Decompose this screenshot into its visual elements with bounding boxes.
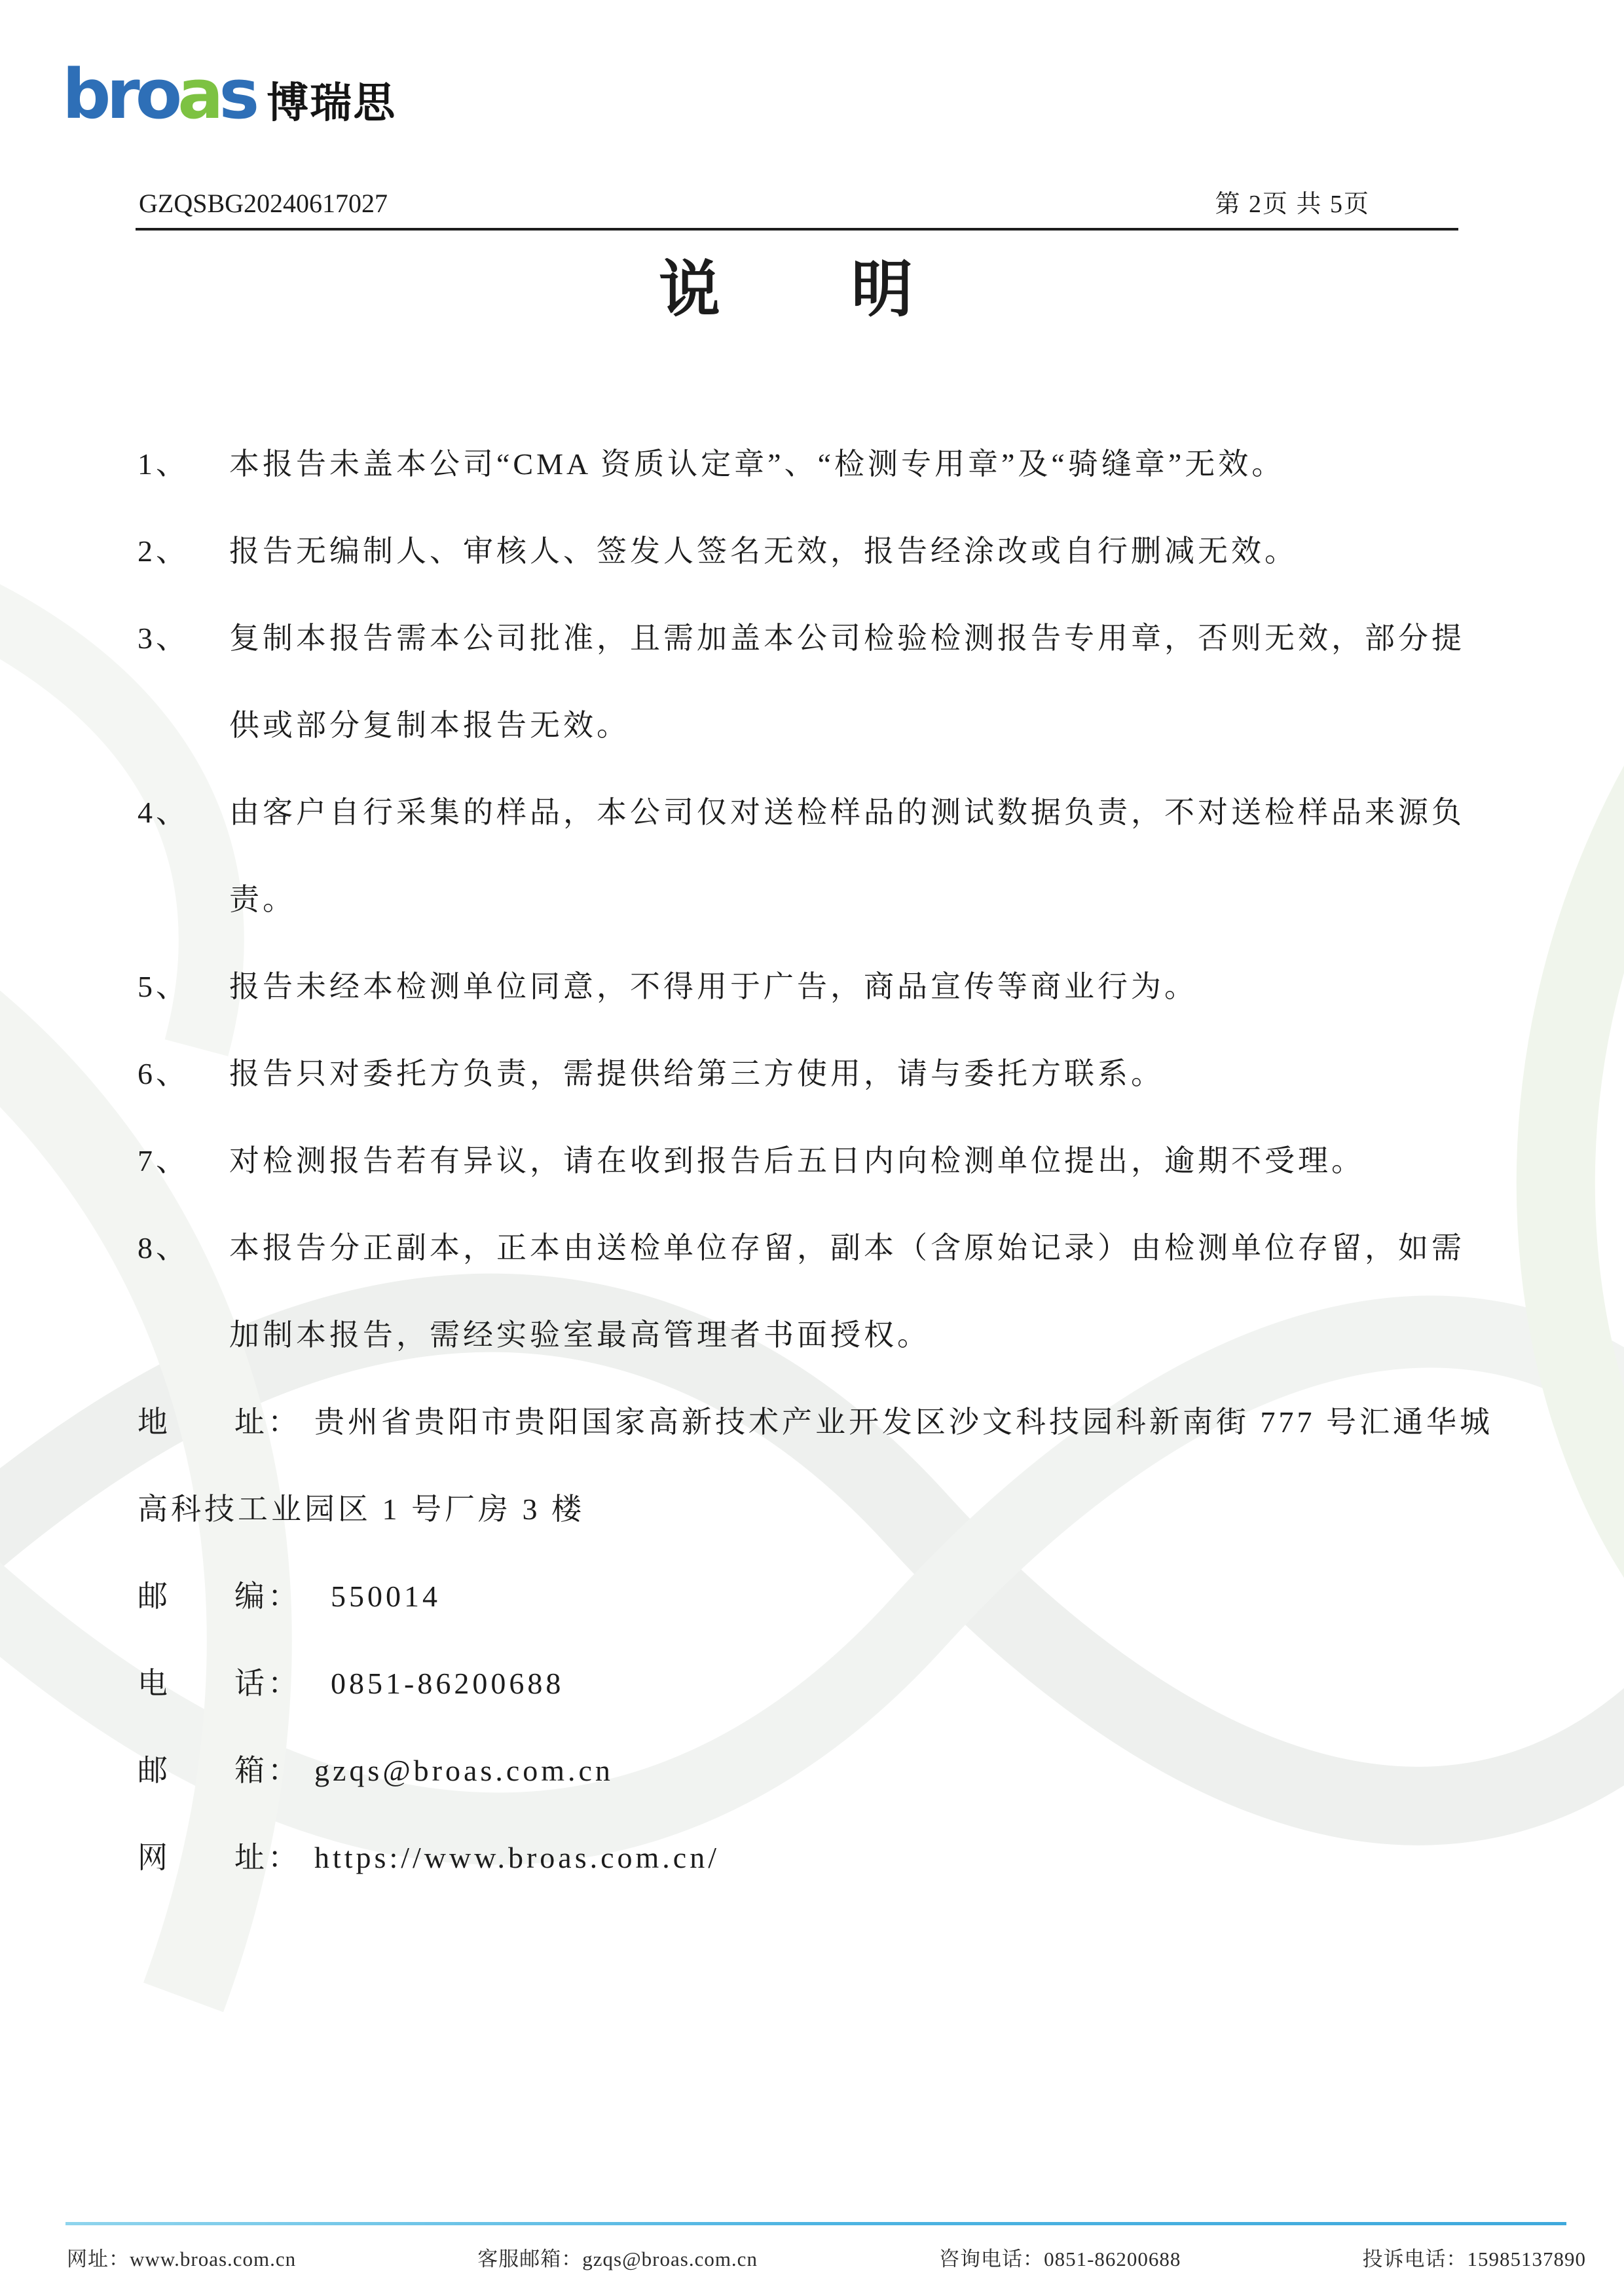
note-number-spacer	[138, 1291, 229, 1379]
note-number: 5、	[138, 943, 229, 1030]
contact-postal-row: 邮 编： 550014	[138, 1553, 1488, 1640]
footer-inquiry-phone-value: 0851-86200688	[1044, 2248, 1181, 2270]
contact-label: 网 址：	[138, 1814, 301, 1901]
footer-service-email-value: gzqs@broas.com.cn	[582, 2248, 758, 2270]
contact-email-value: gzqs@broas.com.cn	[314, 1727, 1488, 1814]
footer-complaint-phone-label: 投诉电话：	[1363, 2248, 1467, 2270]
footer-inquiry-phone-label: 咨询电话：	[939, 2248, 1044, 2270]
contact-label: 邮 箱：	[138, 1727, 301, 1814]
note-text: 责。	[229, 856, 1488, 943]
footer-complaint-phone-value: 15985137890	[1467, 2248, 1587, 2270]
note-text: 由客户自行采集的样品，本公司仅对送检样品的测试数据负责，不对送检样品来源负	[229, 769, 1488, 856]
note-item-7: 7、 对检测报告若有异议，请在收到报告后五日内向检测单位提出，逾期不受理。	[138, 1117, 1488, 1204]
note-number-spacer	[138, 856, 229, 943]
note-item-3: 3、 复制本报告需本公司批准，且需加盖本公司检验检测报告专用章，否则无效，部分提	[138, 595, 1488, 682]
note-number: 1、	[138, 420, 229, 508]
note-number-spacer	[138, 682, 229, 769]
contact-label-char-1: 电	[138, 1640, 171, 1727]
footer-website-value: www.broas.com.cn	[130, 2248, 296, 2270]
note-item-4: 4、 由客户自行采集的样品，本公司仅对送检样品的测试数据负责，不对送检样品来源负	[138, 769, 1488, 856]
note-item-6: 6、 报告只对委托方负责，需提供给第三方使用，请与委托方联系。	[138, 1030, 1488, 1117]
note-number: 8、	[138, 1204, 229, 1291]
contact-label-char-2: 址：	[234, 1379, 301, 1466]
footer-website-label: 网址：	[67, 2248, 130, 2270]
note-item-3-continued: 供或部分复制本报告无效。	[138, 682, 1488, 769]
contact-address-row: 地 址： 贵州省贵阳市贵阳国家高新技术产业开发区沙文科技园科新南街 777 号汇…	[138, 1379, 1488, 1466]
contact-postal-value: 550014	[331, 1553, 1488, 1640]
note-number: 7、	[138, 1117, 229, 1204]
notes-list: 1、 本报告未盖本公司“CMA 资质认定章”、“检测专用章”及“骑缝章”无效。 …	[138, 420, 1488, 1901]
contact-label-char-1: 网	[138, 1814, 171, 1901]
contact-address-row-continued: 高科技工业园区 1 号厂房 3 楼	[138, 1466, 1488, 1553]
contact-label: 电 话：	[138, 1640, 301, 1727]
contact-phone-row: 电 话： 0851-86200688	[138, 1640, 1488, 1727]
footer-complaint-phone: 投诉电话：15985137890	[1363, 2242, 1587, 2272]
page-indicator: 第 2页 共 5页	[1215, 183, 1370, 219]
footer-service-email: 客服邮箱：gzqs@broas.com.cn	[477, 2242, 758, 2272]
contact-label-char-2: 箱：	[234, 1727, 301, 1814]
note-text: 对检测报告若有异议，请在收到报告后五日内向检测单位提出，逾期不受理。	[229, 1117, 1488, 1204]
logo-text-bro: bro	[62, 54, 177, 134]
title-char-2: 明	[851, 240, 913, 328]
note-text: 加制本报告，需经实验室最高管理者书面授权。	[229, 1291, 1488, 1379]
contact-address-line2: 高科技工业园区 1 号厂房 3 楼	[138, 1466, 1488, 1553]
note-text: 报告未经本检测单位同意，不得用于广告，商品宣传等商业行为。	[229, 943, 1488, 1030]
footer-divider	[65, 2222, 1566, 2225]
contact-email-row: 邮 箱： gzqs@broas.com.cn	[138, 1727, 1488, 1814]
contact-label-char-1: 邮	[138, 1553, 171, 1640]
logo-text-s: s	[219, 54, 255, 134]
note-text: 报告无编制人、审核人、签发人签名无效，报告经涂改或自行删减无效。	[229, 508, 1488, 595]
page-header: GZQSBG20240617027 第 2页 共 5页	[139, 183, 1370, 219]
title-char-1: 说	[659, 240, 720, 328]
note-number: 6、	[138, 1030, 229, 1117]
document-title: 说 明	[0, 240, 1572, 328]
contact-website-value: https://www.broas.com.cn/	[314, 1814, 1488, 1901]
note-item-2: 2、 报告无编制人、审核人、签发人签名无效，报告经涂改或自行删减无效。	[138, 508, 1488, 595]
note-number: 4、	[138, 769, 229, 856]
logo-company-name-cjk: 博瑞思	[267, 83, 396, 128]
contact-label-char-2: 址：	[234, 1814, 301, 1901]
footer-website: 网址：www.broas.com.cn	[67, 2242, 296, 2272]
logo-text-a-accent: a	[177, 54, 219, 134]
footer-service-email-label: 客服邮箱：	[477, 2248, 582, 2270]
contact-label-char-2: 编：	[234, 1553, 301, 1640]
header-divider	[136, 228, 1458, 231]
broas-logo: broas 博瑞思	[62, 60, 396, 128]
report-page: broas 博瑞思 GZQSBG20240617027 第 2页 共 5页 说 …	[0, 0, 1624, 2296]
note-text: 供或部分复制本报告无效。	[229, 682, 1488, 769]
note-text: 报告只对委托方负责，需提供给第三方使用，请与委托方联系。	[229, 1030, 1488, 1117]
note-number: 3、	[138, 595, 229, 682]
contact-label-char-1: 地	[138, 1379, 171, 1466]
contact-address-line1: 贵州省贵阳市贵阳国家高新技术产业开发区沙文科技园科新南街 777 号汇通华城	[314, 1379, 1493, 1466]
contact-label: 地 址：	[138, 1379, 301, 1466]
contact-phone-value: 0851-86200688	[331, 1640, 1488, 1727]
note-item-1: 1、 本报告未盖本公司“CMA 资质认定章”、“检测专用章”及“骑缝章”无效。	[138, 420, 1488, 508]
note-text: 本报告分正副本，正本由送检单位存留，副本（含原始记录）由检测单位存留，如需	[229, 1204, 1488, 1291]
note-item-8-continued: 加制本报告，需经实验室最高管理者书面授权。	[138, 1291, 1488, 1379]
note-text: 本报告未盖本公司“CMA 资质认定章”、“检测专用章”及“骑缝章”无效。	[229, 420, 1488, 508]
footer-inquiry-phone: 咨询电话：0851-86200688	[939, 2242, 1181, 2272]
page-footer: 网址：www.broas.com.cn 客服邮箱：gzqs@broas.com.…	[67, 2242, 1586, 2272]
note-item-8: 8、 本报告分正副本，正本由送检单位存留，副本（含原始记录）由检测单位存留，如需	[138, 1204, 1488, 1291]
contact-label-char-1: 邮	[138, 1727, 171, 1814]
contact-label: 邮 编：	[138, 1553, 301, 1640]
contact-website-row: 网 址： https://www.broas.com.cn/	[138, 1814, 1488, 1901]
note-item-4-continued: 责。	[138, 856, 1488, 943]
note-text: 复制本报告需本公司批准，且需加盖本公司检验检测报告专用章，否则无效，部分提	[229, 595, 1488, 682]
report-number: GZQSBG20240617027	[139, 188, 388, 219]
contact-label-char-2: 话：	[234, 1640, 301, 1727]
broas-logo-latin: broas	[62, 60, 255, 128]
note-item-5: 5、 报告未经本检测单位同意，不得用于广告，商品宣传等商业行为。	[138, 943, 1488, 1030]
note-number: 2、	[138, 508, 229, 595]
